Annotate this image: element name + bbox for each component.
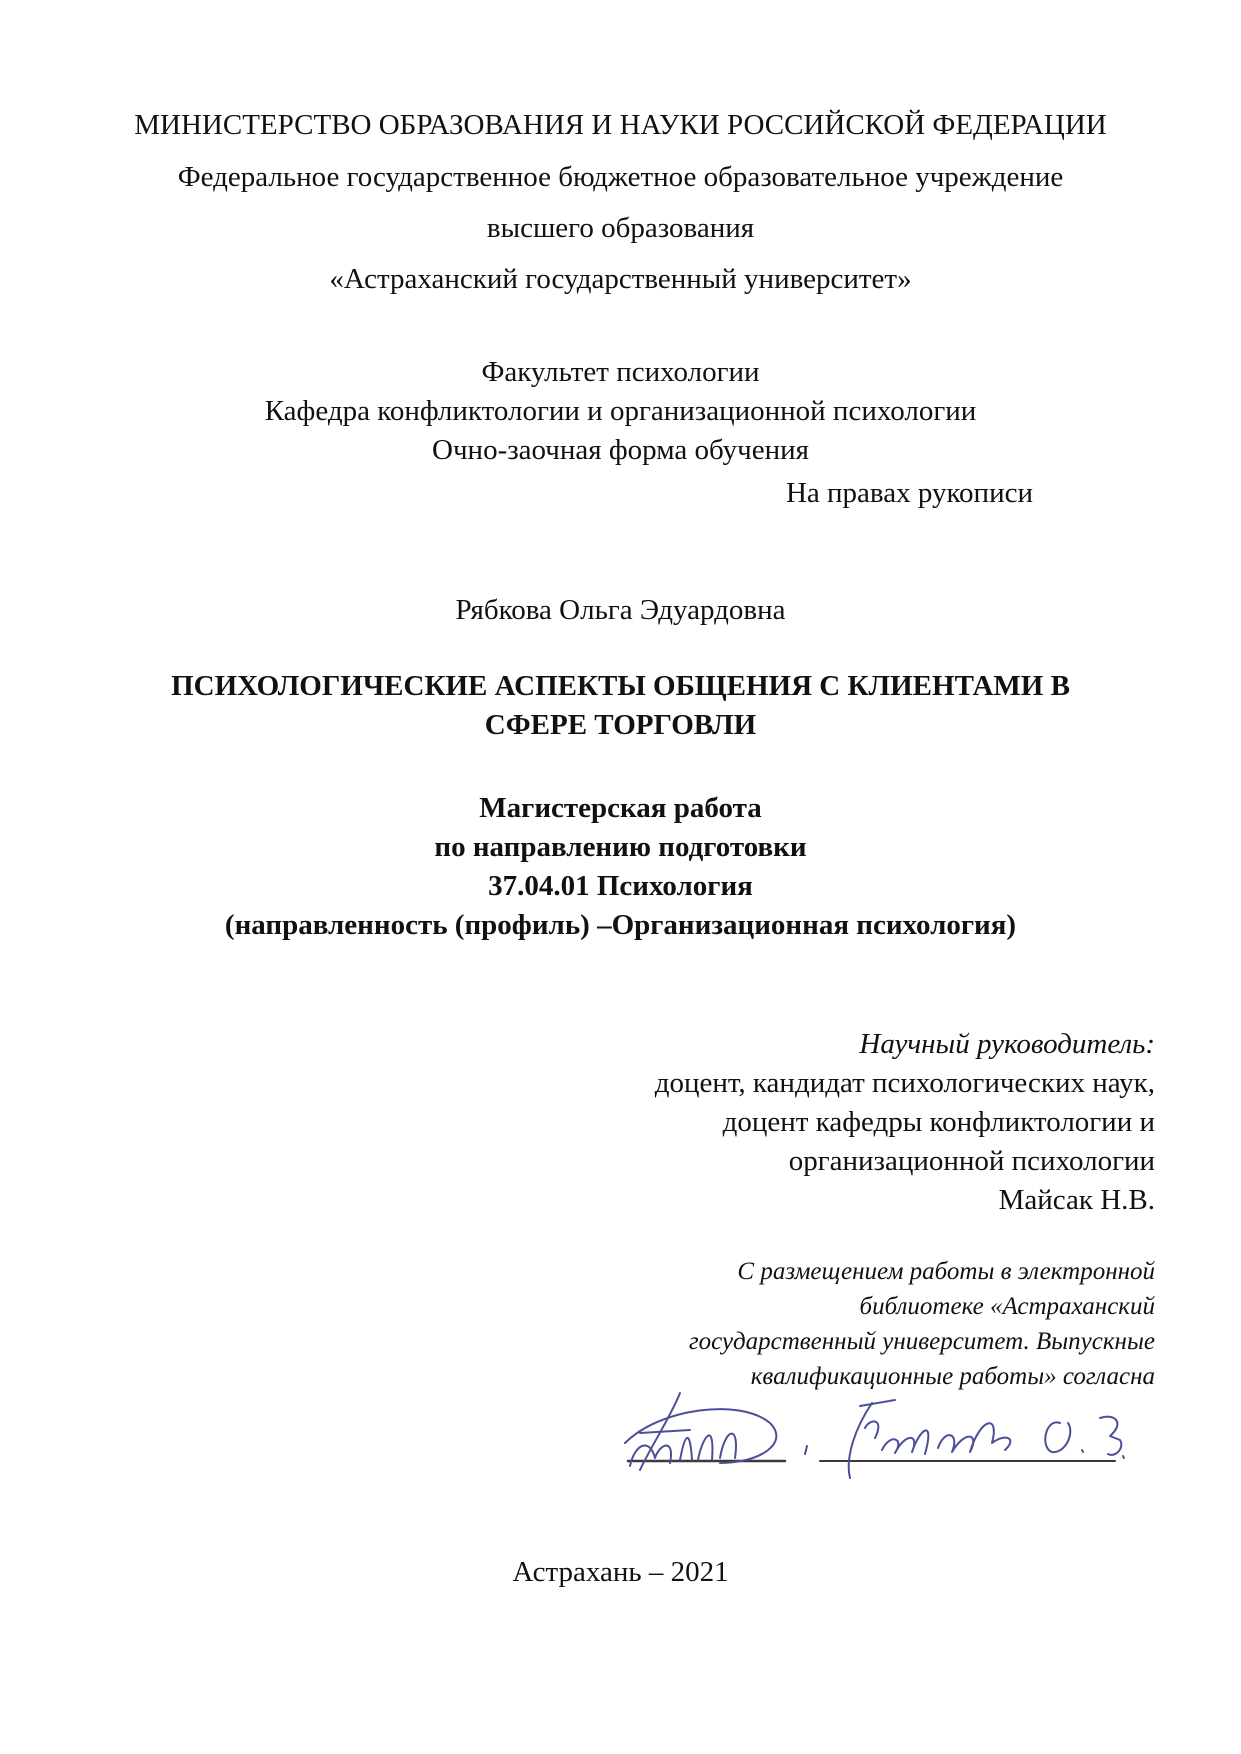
education-level: высшего образования bbox=[0, 211, 1241, 245]
institution-type: Федеральное государственное бюджетное об… bbox=[0, 160, 1241, 194]
consent-line3: государственный университет. Выпускные bbox=[689, 1325, 1155, 1359]
city-year: Астрахань – 2021 bbox=[0, 1555, 1241, 1589]
work-type: Магистерская работа bbox=[0, 791, 1241, 825]
supervisor-line2: доцент кафедры конфликтологии и bbox=[723, 1105, 1155, 1139]
direction-label: по направлению подготовки bbox=[0, 830, 1241, 864]
author-name: Рябкова Ольга Эдуардовна bbox=[0, 593, 1241, 627]
supervisor-line1: доцент, кандидат психологических наук, bbox=[655, 1066, 1155, 1100]
thesis-title-line2: СФЕРЕ ТОРГОВЛИ bbox=[0, 708, 1241, 742]
consent-line2: библиотеке «Астраханский bbox=[860, 1290, 1156, 1324]
consent-line1: С размещением работы в электронной bbox=[737, 1255, 1155, 1289]
faculty: Факультет психологии bbox=[0, 355, 1241, 389]
manuscript-note: На правах рукописи bbox=[786, 476, 1033, 510]
ministry-heading: МИНИСТЕРСТВО ОБРАЗОВАНИЯ И НАУКИ РОССИЙС… bbox=[0, 108, 1241, 142]
study-form: Очно-заочная форма обучения bbox=[0, 433, 1241, 467]
chair: Кафедра конфликтологии и организационной… bbox=[0, 394, 1241, 428]
supervisor-line3: организационной психологии bbox=[789, 1144, 1155, 1178]
handwritten-signature bbox=[620, 1388, 1160, 1488]
direction-code: 37.04.01 Психология bbox=[0, 869, 1241, 903]
thesis-title-line1: ПСИХОЛОГИЧЕСКИЕ АСПЕКТЫ ОБЩЕНИЯ С КЛИЕНТ… bbox=[0, 669, 1241, 703]
university-name: «Астраханский государственный университе… bbox=[0, 262, 1241, 296]
supervisor-label: Научный руководитель: bbox=[859, 1027, 1155, 1061]
supervisor-name: Майсак Н.В. bbox=[999, 1183, 1155, 1217]
profile: (направленность (профиль) –Организационн… bbox=[0, 908, 1241, 942]
